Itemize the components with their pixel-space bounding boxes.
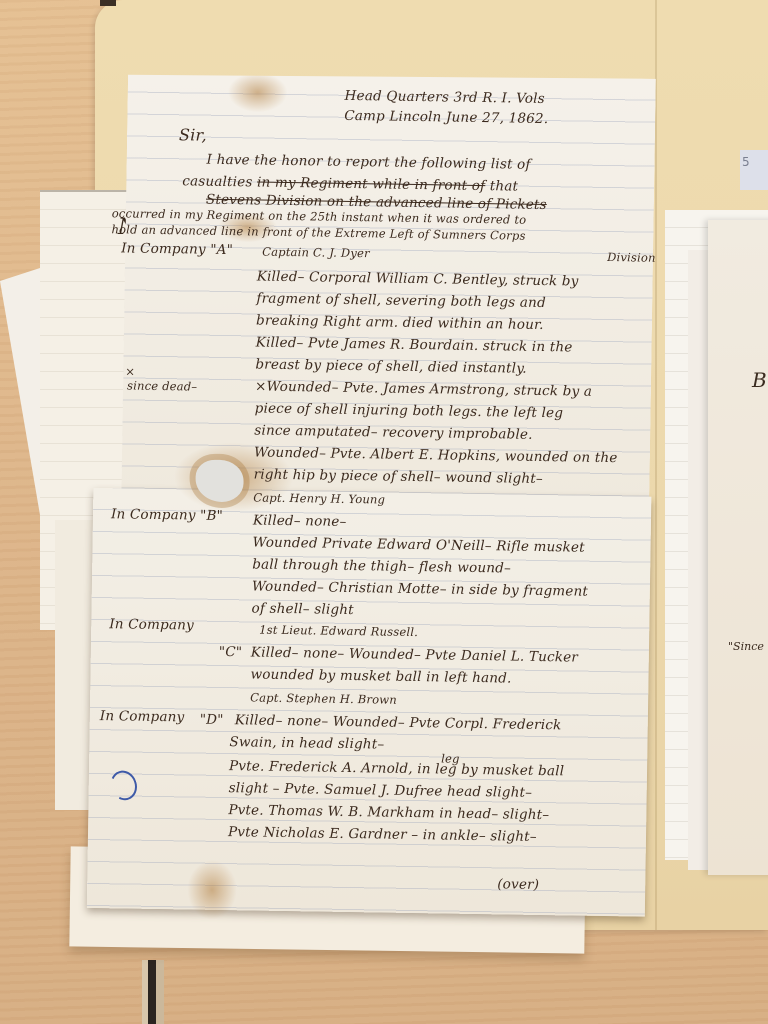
salutation: Sir,: [179, 125, 207, 144]
right-stack-letter: [708, 220, 768, 875]
company-b-entry: Killed– none–: [253, 512, 347, 529]
heading-line-1: Head Quarters 3rd R. I. Vols: [344, 88, 544, 107]
folder-edge: [100, 0, 116, 6]
company-d-commander: Capt. Stephen H. Brown: [250, 690, 397, 706]
company-d-label: In Company: [100, 708, 185, 725]
margin-note-mark: ×: [125, 364, 135, 378]
right-sheet-fragment-top: B: [752, 368, 767, 392]
heading-line-2: Camp Lincoln June 27, 1862.: [344, 108, 548, 127]
right-card-glyph: 5: [742, 155, 750, 169]
casualty-report-letter: Head Quarters 3rd R. I. Vols Camp Lincol…: [87, 70, 660, 929]
table-seam: [142, 960, 164, 1024]
intro-that: that: [490, 178, 519, 194]
company-c-label: In Company: [109, 616, 194, 633]
company-a-commander: Captain C. J. Dyer: [262, 245, 370, 261]
company-a-label: In Company "A": [121, 240, 233, 258]
intro-division-note: Division: [607, 250, 656, 265]
company-b-entry: of shell– slight: [251, 600, 353, 618]
margin-note-since-dead: since dead–: [127, 378, 197, 393]
intro-casualties: casualties: [182, 173, 253, 190]
company-b-label: In Company "B": [111, 506, 223, 524]
right-sheet-fragment-since: "Since: [728, 640, 764, 653]
company-c-letter: "C": [219, 644, 243, 660]
company-d-entry: Swain, in head slight–: [229, 734, 384, 752]
company-b-commander: Capt. Henry H. Young: [253, 490, 385, 506]
company-d-letter: "D": [200, 712, 224, 728]
footer-over: (over): [497, 876, 539, 893]
company-c-commander: 1st Lieut. Edward Russell.: [259, 623, 418, 639]
stain: [187, 859, 238, 920]
stain: [227, 72, 288, 113]
